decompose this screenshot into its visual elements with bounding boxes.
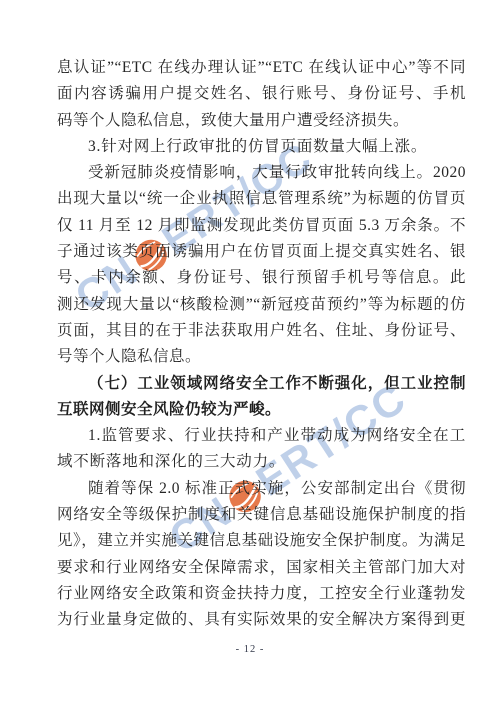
text-line: 1.监管要求、行业扶持和产业带动成为网络安全在工业领 bbox=[57, 423, 466, 449]
body-text-block: 息认证”“ETC 在线办理认证”“ETC 在线认证中心”等不同页面内容诱骗用户提… bbox=[57, 55, 466, 634]
text-line: 号等个人隐私信息。 bbox=[57, 344, 466, 370]
page-number: - 12 - bbox=[0, 644, 500, 655]
text-line: 子通过该类页面诱骗用户在仿冒页面上提交真实姓名、银行卡 bbox=[57, 239, 466, 265]
text-line: 随着等保 2.0 标准正式实施，公安部制定出台《贯彻落实 bbox=[57, 476, 466, 502]
text-line: 互联网侧安全风险仍较为严峻。 bbox=[57, 397, 466, 423]
text-line: 息认证”“ETC 在线办理认证”“ETC 在线认证中心”等不同页 bbox=[57, 55, 466, 81]
text-line: 要求和行业网络安全保障需求，国家相关主管部门加大对重点 bbox=[57, 555, 466, 581]
text-line: 仅 11 月至 12 月即监测发现此类仿冒页面 5.3 万余条。不法分 bbox=[57, 213, 466, 239]
document-page: CN ERT/CC CN ERT/CC 息认证”“ETC 在线办理认证”“ETC… bbox=[0, 0, 500, 707]
text-line: 行业网络安全政策和资金扶持力度，工控安全行业蓬勃发展。 bbox=[57, 581, 466, 607]
text-line: 网络安全等级保护制度和关键信息基础设施保护制度的指导意 bbox=[57, 502, 466, 528]
text-line: 见》，建立并实施关键信息基础设施安全保护制度。为满足监管 bbox=[57, 528, 466, 554]
text-line: 受新冠肺炎疫情影响，大量行政审批转向线上。2020 年底， bbox=[57, 160, 466, 186]
text-line: 测还发现大量以“核酸检测”“新冠疫苗预约”等为标题的仿冒 bbox=[57, 292, 466, 318]
text-line: 出现大量以“统一企业执照信息管理系统”为标题的仿冒页面， bbox=[57, 186, 466, 212]
text-line: 码等个人隐私信息，致使大量用户遭受经济损失。 bbox=[57, 108, 466, 134]
text-line: （七）工业领域网络安全工作不断强化，但工业控制系统 bbox=[57, 371, 466, 397]
text-line: 域不断落地和深化的三大动力。 bbox=[57, 449, 466, 475]
text-line: 页面，其目的在于非法获取用户姓名、住址、身份证号、手机 bbox=[57, 318, 466, 344]
text-line: 号、卡内余额、身份证号、银行预留手机号等信息。此外，监 bbox=[57, 265, 466, 291]
text-line: 为行业量身定做的、具有实际效果的安全解决方案得到更多认 bbox=[57, 607, 466, 633]
text-line: 3.针对网上行政审批的仿冒页面数量大幅上涨。 bbox=[57, 134, 466, 160]
text-line: 面内容诱骗用户提交姓名、银行账号、身份证号、手机号、密 bbox=[57, 81, 466, 107]
